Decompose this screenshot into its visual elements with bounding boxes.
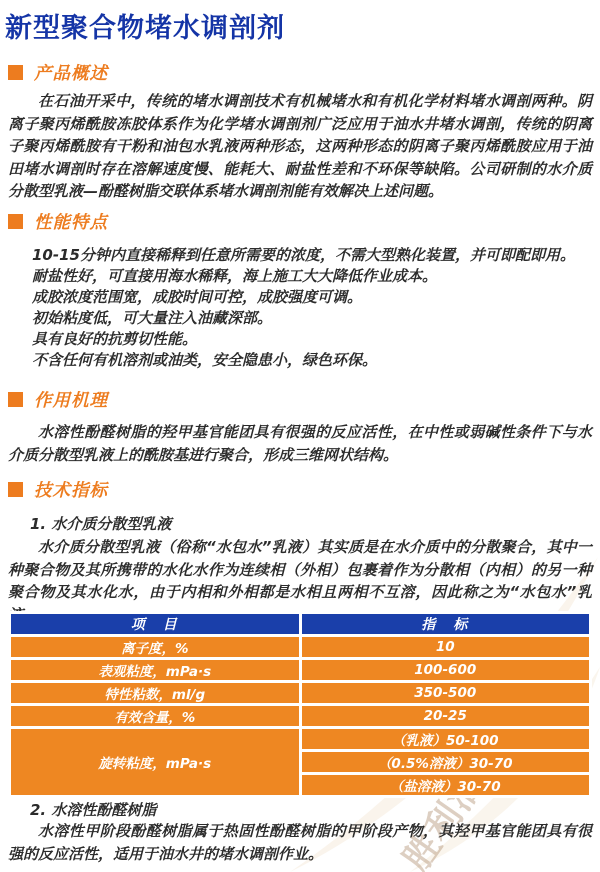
spec-paragraph-2: 水溶性甲阶段酚醛树脂属于热固性酚醛树脂的甲阶段产物，其羟甲基官能团具有很强的反应… xyxy=(8,820,592,865)
section-heading-specs: 技术指标 xyxy=(8,477,592,502)
mechanism-paragraph: 水溶性酚醛树脂的羟甲基官能团具有很强的反应活性，在中性或弱碱性条件下与水介质分散… xyxy=(8,421,592,466)
cell-value: 100-600 xyxy=(300,659,591,682)
cell-value: 350-500 xyxy=(300,682,591,705)
table-row: 表观粘度，mPa·s 100-600 xyxy=(10,659,591,682)
overview-paragraph: 在石油开采中，传统的堵水调剖技术有机械堵水和有机化学材料堵水调剖两种。阴离子聚丙… xyxy=(8,90,592,203)
orange-square-bullet-icon xyxy=(8,482,23,497)
table-row: 特性粘数，ml/g 350-500 xyxy=(10,682,591,705)
section-heading-mechanism: 作用机理 xyxy=(8,387,592,412)
orange-square-bullet-icon xyxy=(8,214,23,229)
table-row-merged: 旋转粘度，mPa·s （乳液）50-100 xyxy=(10,728,591,751)
feature-item: 成胶浓度范围宽，成胶时间可控，成胶强度可调。 xyxy=(32,287,592,308)
cell-value: （盐溶液）30-70 xyxy=(300,774,591,797)
section-label: 产品概述 xyxy=(34,60,108,85)
table-row: 有效含量，% 20-25 xyxy=(10,705,591,728)
cell-value: 20-25 xyxy=(300,705,591,728)
spec-subtitle-1: 1. 水介质分散型乳液 xyxy=(30,513,592,534)
cell-value: 10 xyxy=(300,636,591,659)
feature-item: 初始粘度低，可大量注入油藏深部。 xyxy=(32,308,592,329)
column-header-value: 指 标 xyxy=(300,613,591,636)
orange-square-bullet-icon xyxy=(8,65,23,80)
column-header-item: 项 目 xyxy=(10,613,301,636)
cell-value: （乳液）50-100 xyxy=(300,728,591,751)
section-label: 技术指标 xyxy=(34,477,108,502)
page-title: 新型聚合物堵水调剖剂 xyxy=(5,6,595,45)
cell-item: 特性粘数，ml/g xyxy=(10,682,301,705)
feature-item: 10-15分钟内直接稀释到任意所需要的浓度，不需大型熟化装置，并可即配即用。 xyxy=(32,245,592,266)
spec-table: 项 目 指 标 离子度，% 10 表观粘度，mPa·s 100-600 特性粘数… xyxy=(8,611,592,798)
feature-item: 具有良好的抗剪切性能。 xyxy=(32,329,592,350)
section-label: 性能特点 xyxy=(34,209,108,234)
table-row: 离子度，% 10 xyxy=(10,636,591,659)
orange-square-bullet-icon xyxy=(8,392,23,407)
section-heading-overview: 产品概述 xyxy=(8,60,592,85)
spec-subtitle-2: 2. 水溶性酚醛树脂 xyxy=(30,799,592,820)
cell-item: 离子度，% xyxy=(10,636,301,659)
cell-item-merged: 旋转粘度，mPa·s xyxy=(10,728,301,797)
table-header-row: 项 目 指 标 xyxy=(10,613,591,636)
feature-item: 不含任何有机溶剂或油类，安全隐患小，绿色环保。 xyxy=(32,350,592,371)
section-label: 作用机理 xyxy=(34,387,108,412)
feature-item: 耐盐性好，可直接用海水稀释，海上施工大大降低作业成本。 xyxy=(32,266,592,287)
section-heading-features: 性能特点 xyxy=(8,209,592,234)
feature-list: 10-15分钟内直接稀释到任意所需要的浓度，不需大型熟化装置，并可即配即用。 耐… xyxy=(8,245,592,371)
cell-value: （0.5%溶液）30-70 xyxy=(300,751,591,774)
document-page: 胜利油田胜利化工 新型聚合物堵水调剖剂 产品概述 在石油开采中，传统的堵水调剖技… xyxy=(0,0,600,872)
cell-item: 表观粘度，mPa·s xyxy=(10,659,301,682)
cell-item: 有效含量，% xyxy=(10,705,301,728)
